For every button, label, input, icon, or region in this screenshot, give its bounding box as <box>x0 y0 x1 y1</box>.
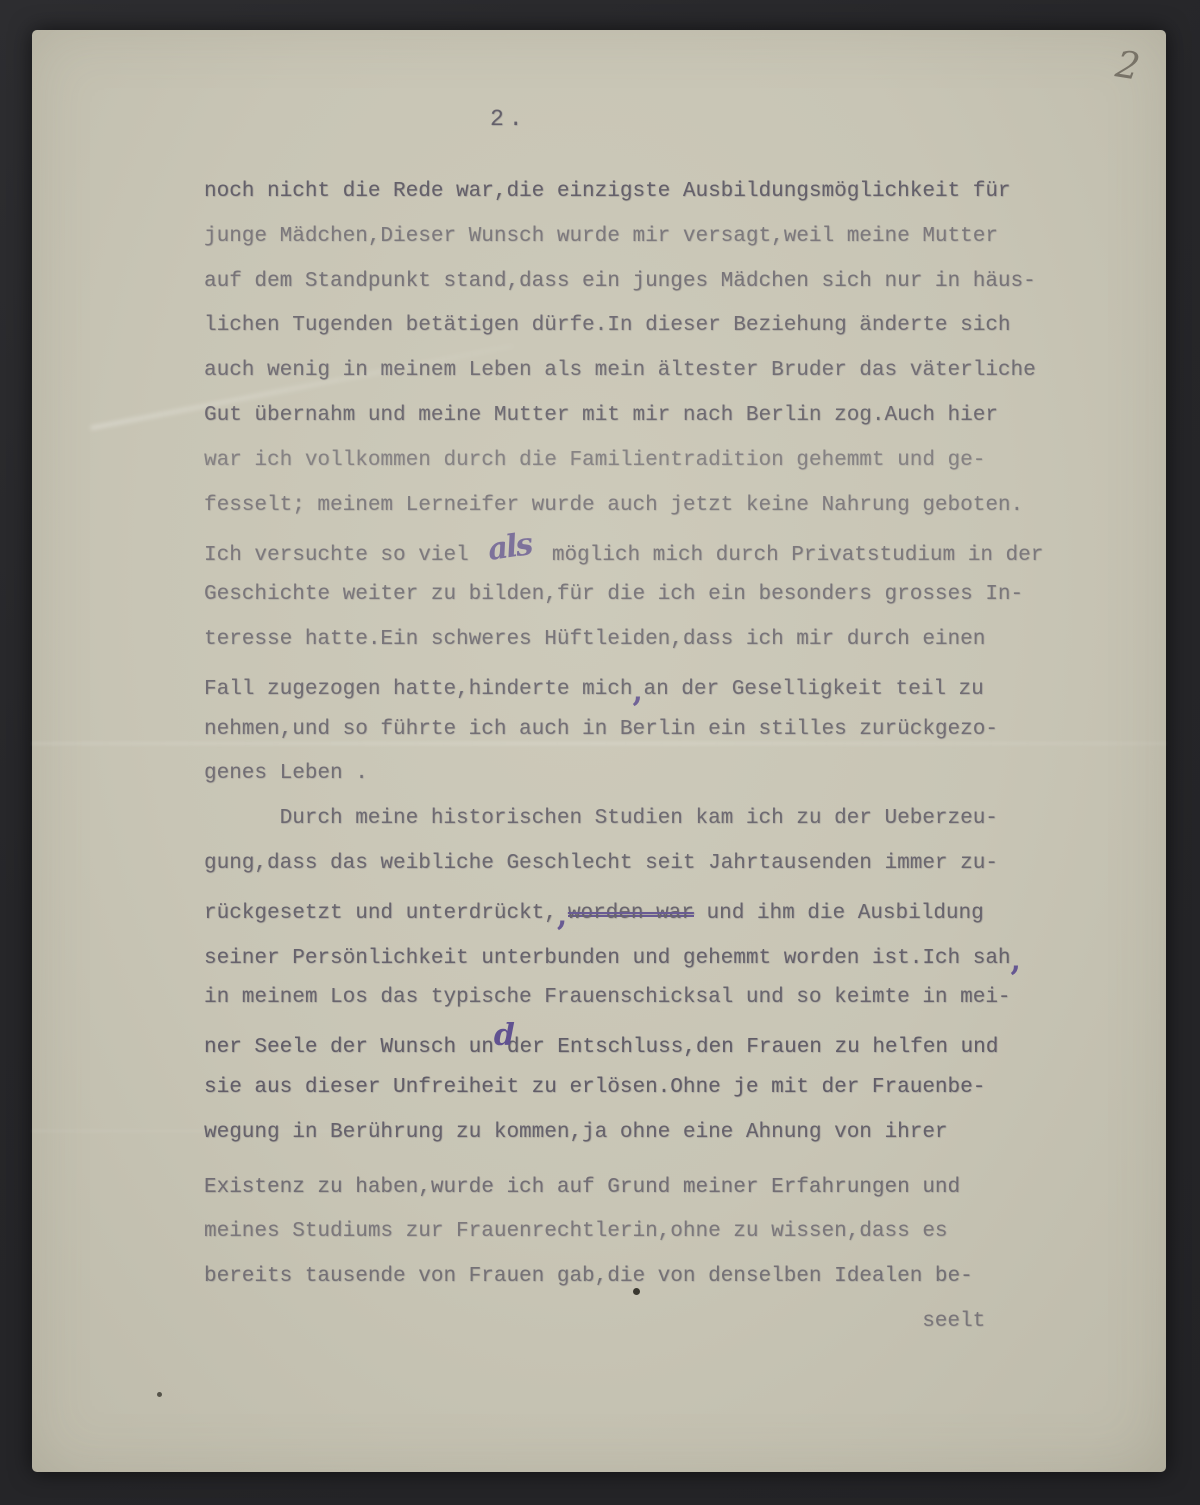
typed-text: fesselt; meinem Lerneifer wurde auch jet… <box>204 494 1023 517</box>
text-line: lichen Tugenden betätigen dürfe.In diese… <box>204 304 1104 349</box>
letter-page: 2 2. noch nicht die Rede war,die einzigs… <box>32 30 1166 1472</box>
typed-text: Gut übernahm und meine Mutter mit mir na… <box>204 404 998 427</box>
text-line: seelt <box>204 1300 1104 1345</box>
typed-page-number: 2. <box>490 106 528 132</box>
text-line: gung,dass das weibliche Geschlecht seit … <box>204 842 1104 887</box>
text-line: nehmen,und so führte ich auch in Berlin … <box>204 708 1104 753</box>
typed-text: sie aus dieser Unfreiheit zu erlösen.Ohn… <box>204 1076 985 1099</box>
text-line: Geschichte weiter zu bilden,für die ich … <box>204 573 1104 618</box>
text-line: fesselt; meinem Lerneifer wurde auch jet… <box>204 484 1104 529</box>
typed-text: genes Leben . <box>204 762 368 785</box>
typed-text: wegung in Berührung zu kommen,ja ohne ei… <box>204 1121 948 1144</box>
text-line: ner Seele der Wunsch undder Entschluss,d… <box>204 1021 1104 1066</box>
handwritten-correction: d <box>494 1014 507 1059</box>
typed-text: meines Studiums zur Frauenrechtlerin,ohn… <box>204 1220 948 1243</box>
text-line: genes Leben . <box>204 752 1104 797</box>
text-line: Existenz zu haben,wurde ich auf Grund me… <box>204 1166 1104 1211</box>
typed-text: in meinem Los das typische Frauenschicks… <box>204 986 1011 1009</box>
text-line: auch wenig in meinem Leben als mein älte… <box>204 349 1104 394</box>
text-line: in meinem Los das typische Frauenschicks… <box>204 976 1104 1021</box>
typed-text: noch nicht die Rede war,die einzigste Au… <box>204 180 1011 203</box>
typed-text: Durch meine historischen Studien kam ich… <box>280 807 998 830</box>
typed-text: Fall zugezogen hatte,hinderte mich <box>204 678 632 701</box>
text-line: Durch meine historischen Studien kam ich… <box>204 797 1104 842</box>
typed-text: auf dem Standpunkt stand,dass ein junges… <box>204 270 1036 293</box>
typed-text: auch wenig in meinem Leben als mein älte… <box>204 359 1036 382</box>
pencil-sheet-number: 2 <box>1113 42 1143 88</box>
text-line: sie aus dieser Unfreiheit zu erlösen.Ohn… <box>204 1066 1104 1111</box>
typed-text: rückgesetzt und unterdrückt, <box>204 902 557 925</box>
typed-text: nehmen,und so führte ich auch in Berlin … <box>204 718 998 741</box>
typed-text: möglich mich durch Privatstudium in der <box>539 544 1043 567</box>
typed-text: seelt <box>922 1310 985 1333</box>
text-line: bereits tausende von Frauen gab,die von … <box>204 1255 1104 1300</box>
typed-text: gung,dass das weibliche Geschlecht seit … <box>204 852 998 875</box>
text-line: Ich versuchte so viel als möglich mich d… <box>204 528 1104 573</box>
text-line: war ich vollkommen durch die Familientra… <box>204 439 1104 484</box>
typewritten-text: noch nicht die Rede war,die einzigste Au… <box>204 170 1104 1345</box>
ink-speck <box>157 1392 162 1397</box>
ink-speck <box>633 1288 640 1295</box>
text-line: Fall zugezogen hatte,hinderte mich,an de… <box>204 663 1104 708</box>
scan-background: 2 2. noch nicht die Rede war,die einzigs… <box>0 0 1200 1505</box>
typed-text: seiner Persönlichkeit unterbunden und ge… <box>204 947 1011 970</box>
typed-text: junge Mädchen,Dieser Wunsch wurde mir ve… <box>204 225 998 248</box>
typed-text: teresse hatte.Ein schweres Hüftleiden,da… <box>204 628 985 651</box>
text-line: wegung in Berührung zu kommen,ja ohne ei… <box>204 1111 1104 1156</box>
typed-text: Ich versuchte so viel <box>204 544 481 567</box>
text-line: rückgesetzt und unterdrückt,,worden war … <box>204 887 1104 932</box>
text-line: teresse hatte.Ein schweres Hüftleiden,da… <box>204 618 1104 663</box>
typed-text: war ich vollkommen durch die Familientra… <box>204 449 985 472</box>
typed-text: Geschichte weiter zu bilden,für die ich … <box>204 583 1023 606</box>
typed-text: und ihm die Ausbildung <box>694 902 984 925</box>
text-line: meines Studiums zur Frauenrechtlerin,ohn… <box>204 1210 1104 1255</box>
text-line: noch nicht die Rede war,die einzigste Au… <box>204 170 1104 215</box>
typed-text: bereits tausende von Frauen gab,die von … <box>204 1265 973 1288</box>
text-line: Gut übernahm und meine Mutter mit mir na… <box>204 394 1104 439</box>
handwritten-correction: als <box>478 522 542 574</box>
text-line: junge Mädchen,Dieser Wunsch wurde mir ve… <box>204 215 1104 260</box>
typed-text: ner Seele der Wunsch un <box>204 1036 494 1059</box>
typed-text: Existenz zu haben,wurde ich auf Grund me… <box>204 1176 960 1199</box>
struck-out-text: worden war <box>568 902 694 925</box>
text-line: seiner Persönlichkeit unterbunden und ge… <box>204 932 1104 977</box>
typed-text: der Entschluss,den Frauen zu helfen und <box>507 1036 998 1059</box>
text-line: auf dem Standpunkt stand,dass ein junges… <box>204 260 1104 305</box>
typed-text: an der Geselligkeit teil zu <box>643 678 983 701</box>
typed-text: lichen Tugenden betätigen dürfe.In diese… <box>204 314 1011 337</box>
